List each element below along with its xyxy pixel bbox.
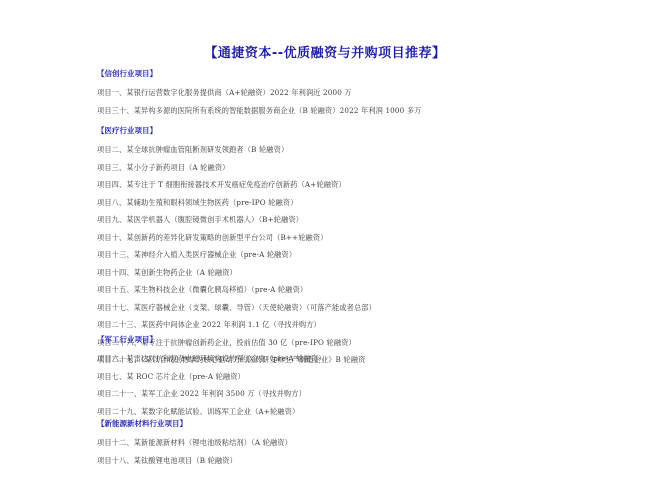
project-item: 项目十三、某神经介入植入类医疗器械企业（pre-A 轮融资） [97, 246, 567, 264]
section-medical: 【医疗行业项目】 项目二、某全球抗肿瘤血管阻断剂研发领跑者（B 轮融资） 项目三… [97, 124, 567, 369]
project-item: 项目一、某银行运营数字化服务提供商（A+轮融资）2022 年利润近 2000 万 [97, 84, 567, 102]
project-item: 项目八、某辅助生殖和眼科领域生物医药（pre-IPO 轮融资） [97, 194, 567, 212]
section-heading: 【医疗行业项目】 [97, 124, 567, 138]
project-item: 项目九、某医学机器人（腹腔镜微创手术机器人）（B+轮融资） [97, 211, 567, 229]
project-item: 项目十八、某钛酸锂电池项目（B 轮融资） [97, 452, 567, 470]
project-item: 项目十二、某新能源新材料（锂电池级粘结剂）（A 轮融资） [97, 434, 567, 452]
project-item: 项目三十、某异构多源的医院所有系统的智能数据服务商企业（B 轮融资）2022 年… [97, 102, 567, 120]
document-page: 【通捷资本--优质融资与并购项目推荐】 【信创行业项目】 项目一、某银行运营数字… [0, 0, 650, 500]
project-item: 项目二十三、某医药中间体企业 2022 年利润 1.1 亿（寻找并购方） [97, 316, 567, 334]
project-item: 项目六、某雷达对抗和复杂电磁环境构设的军工企业（pre-A 轮融资） [97, 350, 567, 368]
document-title: 【通捷资本--优质融资与并购项目推荐】 [0, 42, 650, 61]
project-item: 项目二、某全球抗肿瘤血管阻断剂研发领跑者（B 轮融资） [97, 141, 567, 159]
project-item: 项目三、某小分子新药项目（A 轮融资） [97, 159, 567, 177]
project-item: 项目十五、某生物科技企业（微囊化胰岛移植）（pre-A 轮融资） [97, 281, 567, 299]
project-item: 项目十、某创新药的差异化研发策略的创新型平台公司（B++轮融资） [97, 229, 567, 247]
section-heading: 【军工行业项目】 [97, 333, 567, 347]
project-item: 项目四、某专注于 T 细胞衔接器技术开发癌症免疫治疗创新药（A+轮融资） [97, 176, 567, 194]
project-item: 项目二十一、某军工企业 2022 年利润 3500 万（寻找并购方） [97, 385, 567, 403]
section-xinchuang: 【信创行业项目】 项目一、某银行运营数字化服务提供商（A+轮融资）2022 年利… [97, 67, 567, 119]
section-new-energy: 【新能源新材料行业项目】 项目十二、某新能源新材料（锂电池级粘结剂）（A 轮融资… [97, 417, 567, 469]
section-heading: 【信创行业项目】 [97, 67, 567, 81]
project-item: 项目十四、某创新生物药企业（A 轮融资） [97, 264, 567, 282]
section-military: 【军工行业项目】 项目六、某雷达对抗和复杂电磁环境构设的军工企业（pre-A 轮… [97, 333, 567, 420]
project-item: 项目十七、某医疗器械企业（支架、球囊、导管）（天使轮融资）（可落产能或者总部） [97, 299, 567, 317]
section-heading: 【新能源新材料行业项目】 [97, 417, 567, 431]
project-item: 项目七、某 ROC 芯片企业（pre-A 轮融资） [97, 368, 567, 386]
